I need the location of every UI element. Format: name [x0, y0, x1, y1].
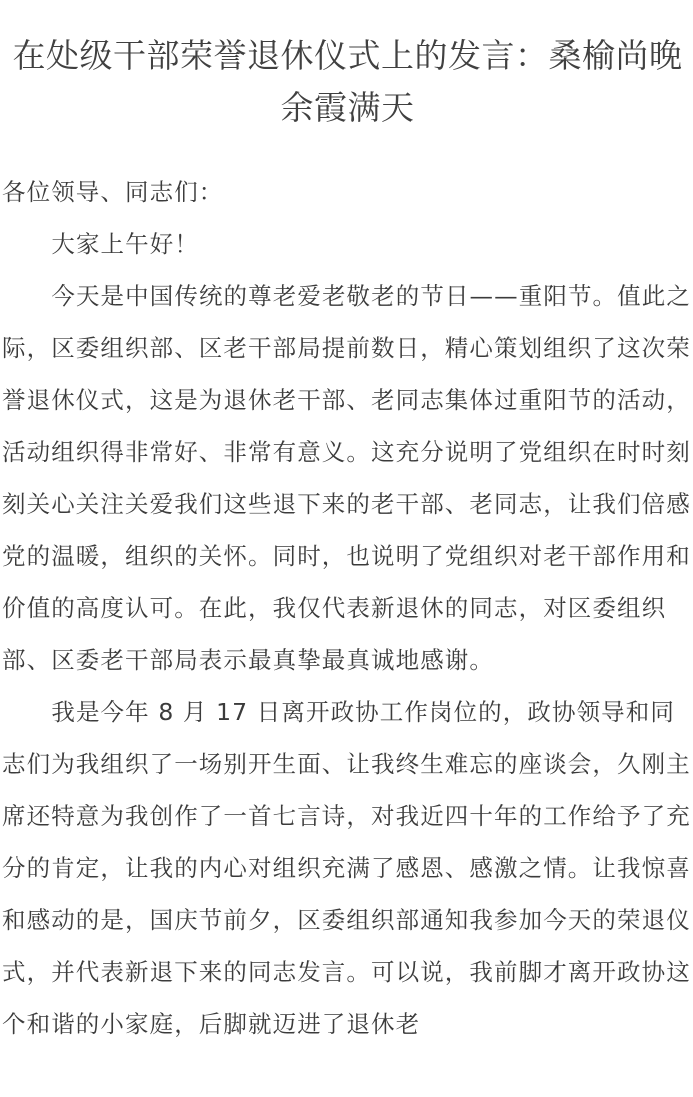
- paragraph-greeting: 大家上午好！: [2, 218, 693, 270]
- paragraph-thanks: 今天是中国传统的尊老爱老敬老的节日——重阳节。值此之际，区委组织部、区老干部局提…: [2, 270, 693, 686]
- article-title: 在处级干部荣誉退休仪式上的发言：桑榆尚晚余霞满天: [2, 0, 693, 134]
- paragraph-retirement: 我是今年 8 月 17 日离开政协工作岗位的，政协领导和同志们为我组织了一场别开…: [2, 686, 693, 1050]
- salutation: 各位领导、同志们：: [2, 166, 693, 218]
- article: 在处级干部荣誉退休仪式上的发言：桑榆尚晚余霞满天 各位领导、同志们： 大家上午好…: [0, 0, 693, 1050]
- article-body: 各位领导、同志们： 大家上午好！ 今天是中国传统的尊老爱老敬老的节日——重阳节。…: [2, 166, 693, 1050]
